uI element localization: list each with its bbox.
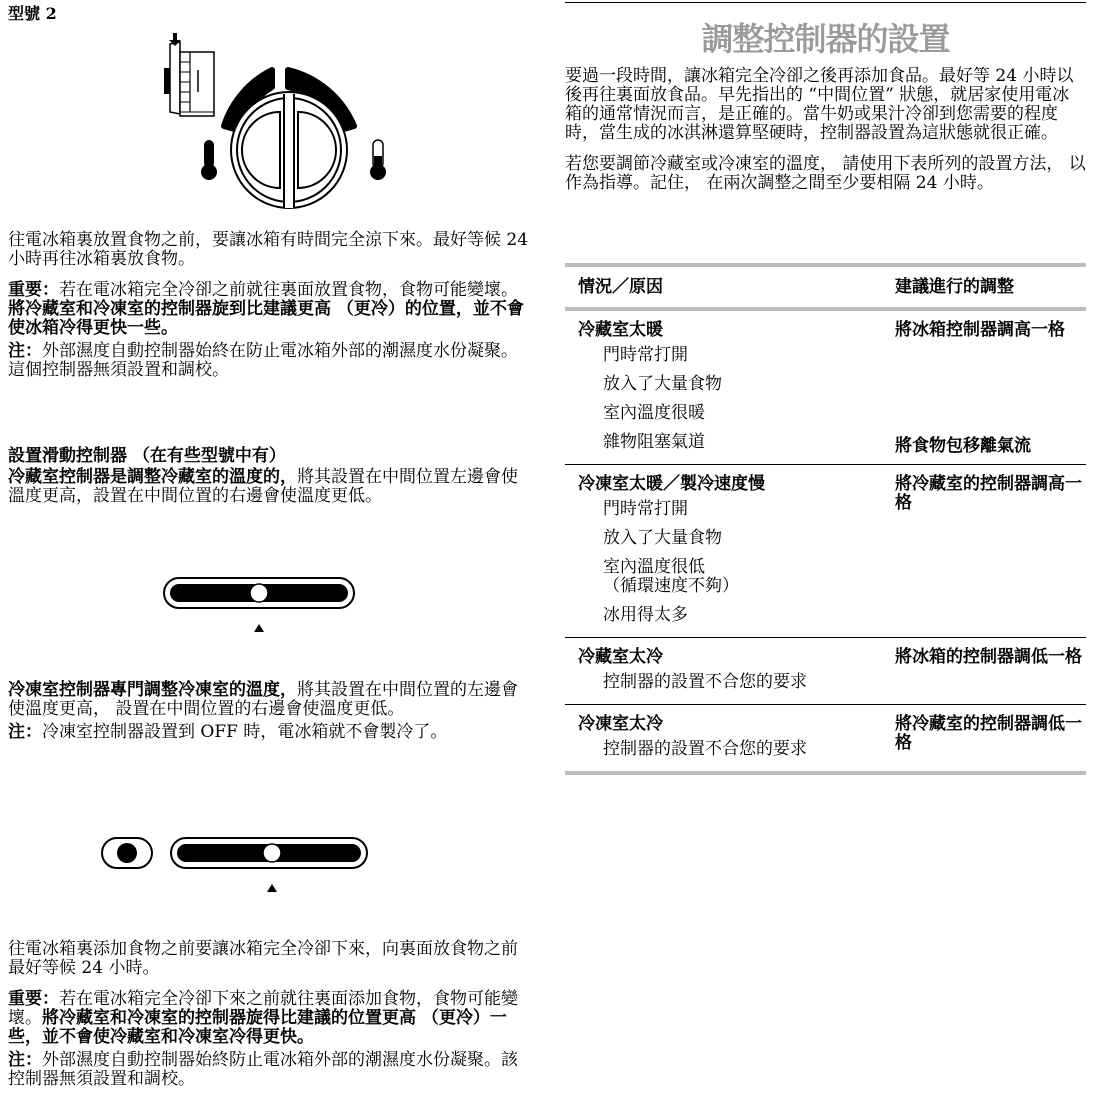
header-action: 建議進行的調整 (887, 278, 1086, 297)
slider-knob (263, 844, 281, 862)
refrigerator-icon (164, 33, 214, 116)
action-secondary: 將食物包移離氣流 (895, 437, 1031, 456)
cause: 門時常打開 (578, 346, 887, 365)
cause: 室內溫度很暖 (578, 404, 887, 423)
cause: 放入了大量食物 (578, 529, 887, 548)
cause: 控制器的設置不合您的要求 (578, 673, 887, 692)
important-label: 重要： (8, 280, 59, 300)
condition: 冷藏室太冷 (578, 648, 887, 667)
thermometer-cold-icon (370, 140, 386, 180)
section-title: 調整控制器的設置 (565, 20, 1086, 58)
fridge-slider-illustration (160, 574, 370, 636)
important-note-2: 重要：若在電冰箱完全冷卻下來之前就往裏面添加食物，食物可能變壞。將冷藏室和冷凍室… (8, 990, 530, 1047)
action: 將冰箱控制器調高一格 (895, 321, 1086, 340)
table-row: 冷藏室太暖 門時常打開 放入了大量食物 室內溫度很暖 雜物阻塞氣道 將冰箱控制器… (565, 311, 1086, 464)
humidity-note-2: 注：外部濕度自動控制器始終防止電冰箱外部的潮濕度水份凝聚。該控制器無須設置和調校… (8, 1051, 530, 1089)
table-row: 冷凍室太暖／製冷速度慢 門時常打開 放入了大量食物 室內溫度很低 （循環速度不夠… (565, 465, 1086, 637)
intro-paragraph: 往電冰箱裏放置食物之前，要讓冰箱有時間完全涼下來。最好等候 24 小時再往冰箱裏… (8, 231, 530, 269)
adjustment-table: 情況／原因 建議進行的調整 冷藏室太暖 門時常打開 放入了大量食物 室內溫度很暖… (565, 263, 1086, 775)
action: 將冰箱的控制器調低一格 (895, 648, 1086, 667)
off-note: 注：冷凍室控制器設置到 OFF 時，電冰箱就不會製冷了。 (8, 723, 530, 742)
cause: 冰用得太多 (578, 606, 887, 625)
condition: 冷藏室太暖 (578, 321, 887, 340)
table-row: 冷藏室太冷 控制器的設置不合您的要求 將冰箱的控制器調低一格 (565, 638, 1086, 704)
cause: 室內溫度很低 （循環速度不夠） (578, 558, 887, 596)
note-label: 注： (8, 341, 42, 361)
center-indicator-icon (254, 624, 264, 632)
settings-intro-paragraph: 要過一段時間，讓冰箱完全冷卻之後再添加食品。最好等 24 小時以後再往裏面放食品… (565, 67, 1086, 143)
thermometer-warm-icon (201, 140, 217, 180)
header-condition: 情況／原因 (565, 278, 887, 297)
action: 將冷藏室的控制器調高一格 (895, 475, 1086, 513)
cause: 控制器的設置不合您的要求 (578, 740, 887, 759)
important-note-1: 重要：若在電冰箱完全冷卻之前就往裏面放置食物，食物可能變壞。將冷藏室和冷凍室的控… (8, 281, 530, 338)
table-row: 冷凍室太冷 控制器的設置不合您的要求 將冷藏室的控制器調低一格 (565, 705, 1086, 771)
dial-control-illustration (146, 32, 416, 217)
adjust-guide-paragraph: 若您要調節冷藏室或冷凍室的溫度， 請使用下表所列的設置方法， 以作為指導。記住，… (565, 155, 1086, 193)
slide-control-heading: 設置滑動控制器 （在有些型號中有） (8, 447, 530, 466)
model-title: 型號 2 (8, 4, 57, 23)
center-indicator-icon (267, 884, 277, 892)
cause: 雜物阻塞氣道 (578, 433, 887, 452)
cause: 放入了大量食物 (578, 375, 887, 394)
table-header: 情況／原因 建議進行的調整 (565, 267, 1086, 307)
humidity-note-1: 注：外部濕度自動控制器始終在防止電冰箱外部的潮濕度水份凝聚。這個控制器無須設置和… (8, 342, 530, 380)
fridge-control-paragraph: 冷藏室控制器是調整冷藏室的溫度的，將其設置在中間位置左邊會使溫度更高，設置在中間… (8, 468, 530, 506)
top-rule (565, 2, 1086, 3)
cooldown-paragraph: 往電冰箱裏添加食物之前要讓冰箱完全冷卻下來，向裏面放食物之前最好等候 24 小時… (8, 940, 530, 978)
condition: 冷凍室太暖／製冷速度慢 (578, 475, 887, 494)
dial-knob (231, 92, 347, 208)
action: 將冷藏室的控制器調低一格 (895, 715, 1086, 753)
cause: 門時常打開 (578, 500, 887, 519)
slider-knob (250, 584, 268, 602)
freezer-control-paragraph: 冷凍室控制器專門調整冷凍室的溫度，將其設置在中間位置的左邊會使溫度更高， 設置在… (8, 681, 530, 719)
freezer-slider-illustration (98, 832, 388, 894)
condition: 冷凍室太冷 (578, 715, 887, 734)
